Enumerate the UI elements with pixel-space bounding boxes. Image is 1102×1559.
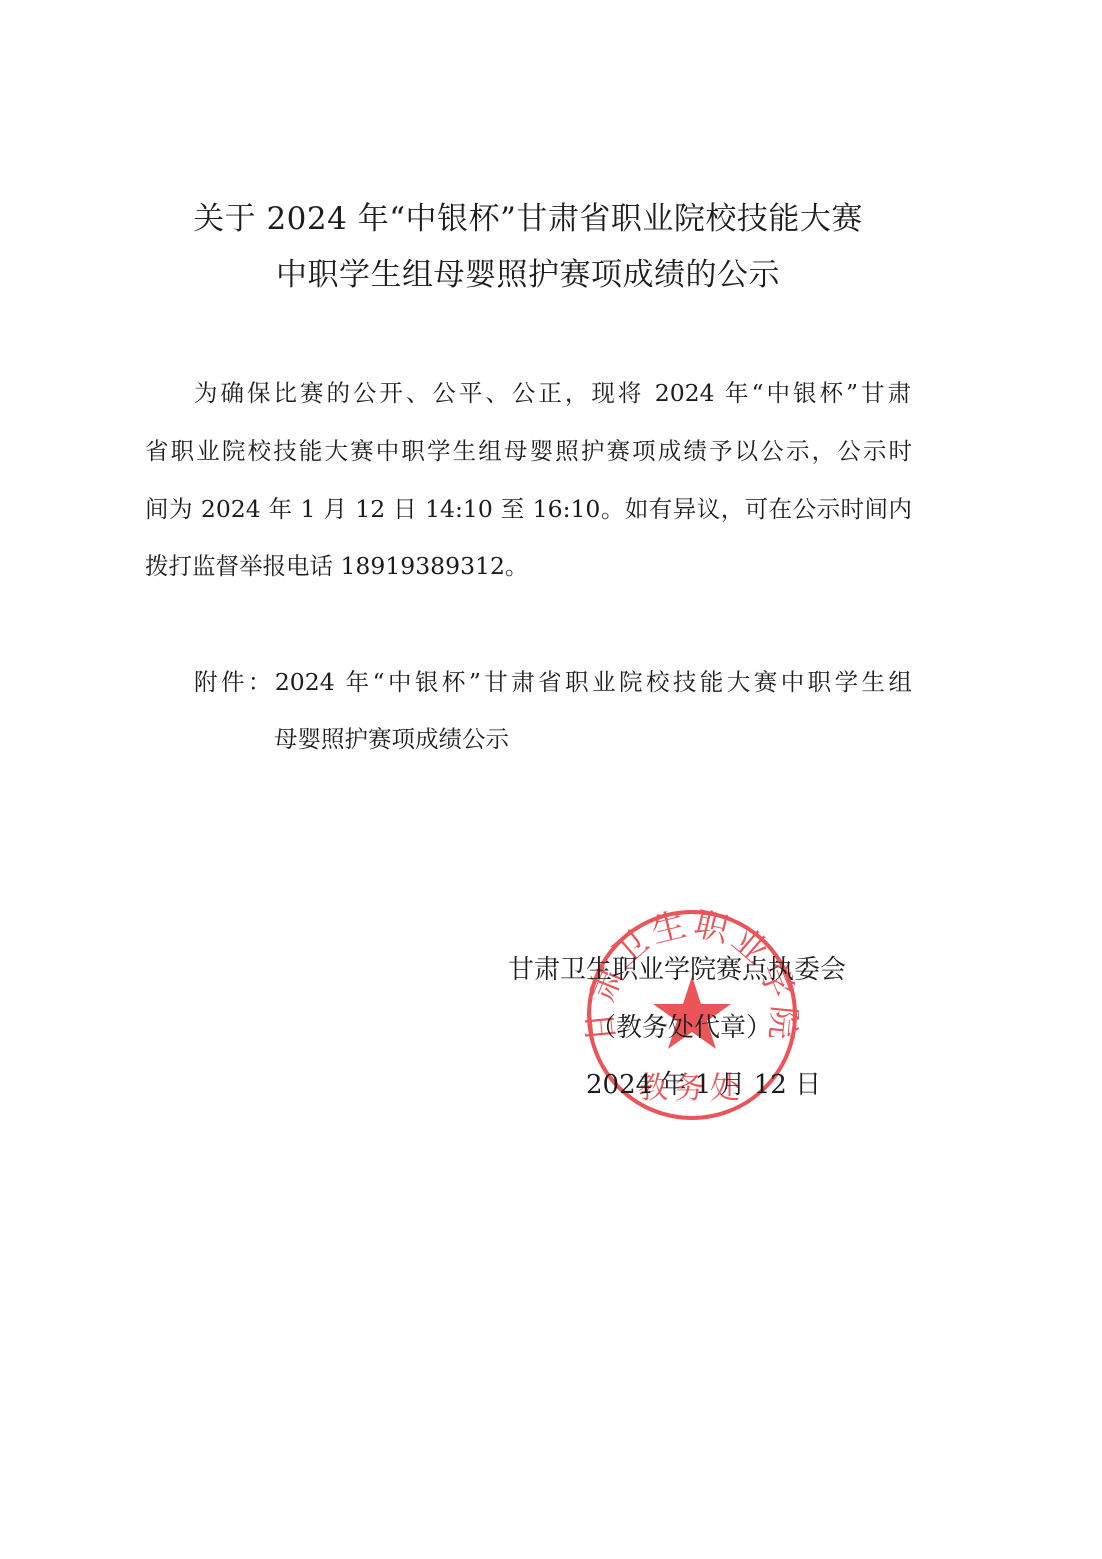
document-title-line-1: 关于 2024 年“中银杯”甘肃省职业院校技能大赛 (0, 199, 1079, 239)
document-page: 关于 2024 年“中银杯”甘肃省职业院校技能大赛 中职学生组母婴照护赛项成绩的… (0, 0, 1102, 1559)
signature-seal-note: （教务处代章） (590, 1011, 772, 1045)
signature-organization: 甘肃卫生职业学院赛点执委会 (508, 953, 846, 987)
document-title-line-2: 中职学生组母婴照护赛项成绩的公示 (0, 255, 1079, 295)
attachment-line-2: 母婴照护赛项成绩公示 (274, 723, 1044, 755)
body-paragraph-line-1: 为确保比赛的公开、公平、公正，现将 2024 年“中银杯”甘肃 (194, 377, 911, 409)
attachment-line-1: 附件：2024 年“中银杯”甘肃省职业院校技能大赛中职学生组 (194, 666, 912, 698)
body-paragraph-line-3: 间为 2024 年 1 月 12 日 14:10 至 16:10。如有异议，可在… (145, 493, 912, 525)
body-paragraph-line-2: 省职业院校技能大赛中职学生组母婴照护赛项成绩予以公示，公示时 (145, 435, 912, 467)
signature-date: 2024 年 1 月 12 日 (586, 1068, 821, 1102)
body-paragraph-line-4: 拨打监督举报电话 18919389312。 (145, 550, 915, 582)
